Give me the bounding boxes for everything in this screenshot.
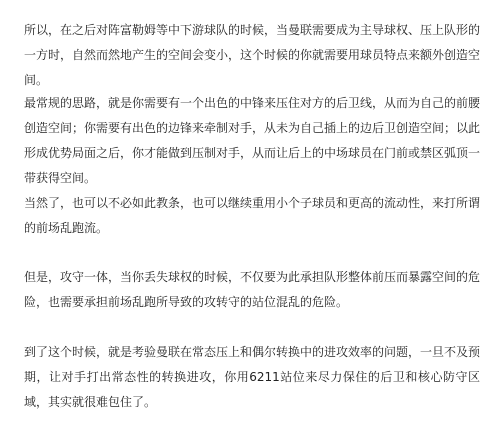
paragraph-4: 但是，攻守一体，当你丢失球权的时候，不仅要为此承担队形整体前压而暴露空间的危险，… bbox=[24, 265, 480, 315]
paragraph-1: 所以，在之后对阵富勒姆等中下游球队的时候，当曼联需要成为主导球权、压上队形的一方… bbox=[24, 18, 480, 93]
article-body: 所以，在之后对阵富勒姆等中下游球队的时候，当曼联需要成为主导球权、压上队形的一方… bbox=[0, 0, 500, 440]
paragraph-5: 到了这个时候，就是考验曼联在常态压上和偶尔转换中的进攻效率的问题，一旦不及预期，… bbox=[24, 340, 480, 415]
paragraph-2: 最常规的思路，就是你需要有一个出色的中锋来压住对方的后卫线，从而为自己的前腰创造… bbox=[24, 91, 480, 191]
paragraph-3: 当然了，也可以不必如此教条，也可以继续重用小个子球员和更高的流动性，来打所谓的前… bbox=[24, 191, 480, 241]
